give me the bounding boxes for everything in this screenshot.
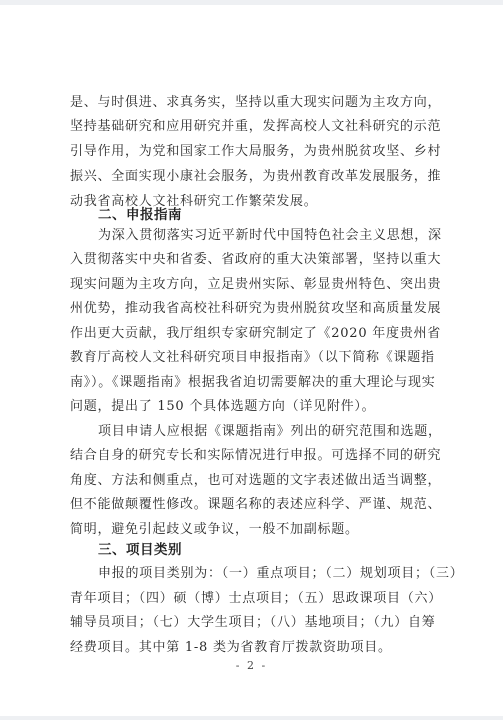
paragraph-line: 问题，提出了 150 个具体选题方向（详见附件）。 <box>70 399 430 415</box>
paragraph-line: 引导作用，为党和国家工作大局服务，为贵州脱贫攻坚、乡村 <box>70 144 430 160</box>
paragraph-line: 结合自身的研究专长和实际情况进行申报。可选择不同的研究 <box>70 448 430 464</box>
paragraph-line: 经费项目。其中第 1-8 类为省教育厅拨款资助项目。 <box>70 640 430 656</box>
section-heading-project-categories: 三、项目类别 <box>98 542 182 558</box>
paragraph-line: 坚持基础研究和应用研究并重，发挥高校人文社科研究的示范 <box>70 119 430 135</box>
paragraph-line: 现实问题为主攻方向，立足贵州实际、彰显贵州特色、突出贵 <box>70 277 430 293</box>
paragraph-line: 州优势，推动我省高校社科研究为贵州脱贫攻坚和高质量发展 <box>70 301 430 317</box>
document-page: 是、与时俱进、求真务实，坚持以重大现实问题为主攻方向， 坚持基础研究和应用研究并… <box>0 5 503 716</box>
paragraph-line: 项目申请人应根据《课题指南》列出的研究范围和选题， <box>98 424 430 440</box>
paragraph-line: 青年项目；（四）硕（博）士点项目；（五）思政课项目（六） <box>70 591 430 607</box>
page-number: - 2 - <box>0 659 503 672</box>
paragraph-line: 是、与时俱进、求真务实，坚持以重大现实问题为主攻方向， <box>70 95 430 111</box>
paragraph-line: 角度、方法和侧重点，也可对选题的文字表述做出适当调整， <box>70 473 430 489</box>
paragraph-line: 振兴、全面实现小康社会服务，为贵州教育改革发展服务，推 <box>70 169 430 185</box>
paragraph-line: 简明，避免引起歧义或争议，一般不加副标题。 <box>70 522 430 538</box>
paragraph-line: 申报的项目类别为：（一）重点项目；（二）规划项目；（三） <box>98 566 430 582</box>
section-heading-guidelines: 二、申报指南 <box>98 207 182 223</box>
paragraph-line: 作出更大贡献，我厅组织专家研究制定了《2020 年度贵州省 <box>70 326 430 342</box>
paragraph-line: 南》）。《课题指南》根据我省迫切需要解决的重大理论与现实 <box>70 375 430 391</box>
paragraph-line: 辅导员项目；（七）大学生项目；（八）基地项目；（九）自筹 <box>70 615 430 631</box>
paragraph-line: 教育厅高校人文社科研究项目申报指南》（以下简称《课题指 <box>70 350 430 366</box>
paragraph-line: 入贯彻落实中央和省委、省政府的重大决策部署，坚持以重大 <box>70 252 430 268</box>
paragraph-line: 但不能做颠覆性修改。课题名称的表述应科学、严谨、规范、 <box>70 497 430 513</box>
paragraph-line: 为深入贯彻落实习近平新时代中国特色社会主义思想，深 <box>98 228 430 244</box>
